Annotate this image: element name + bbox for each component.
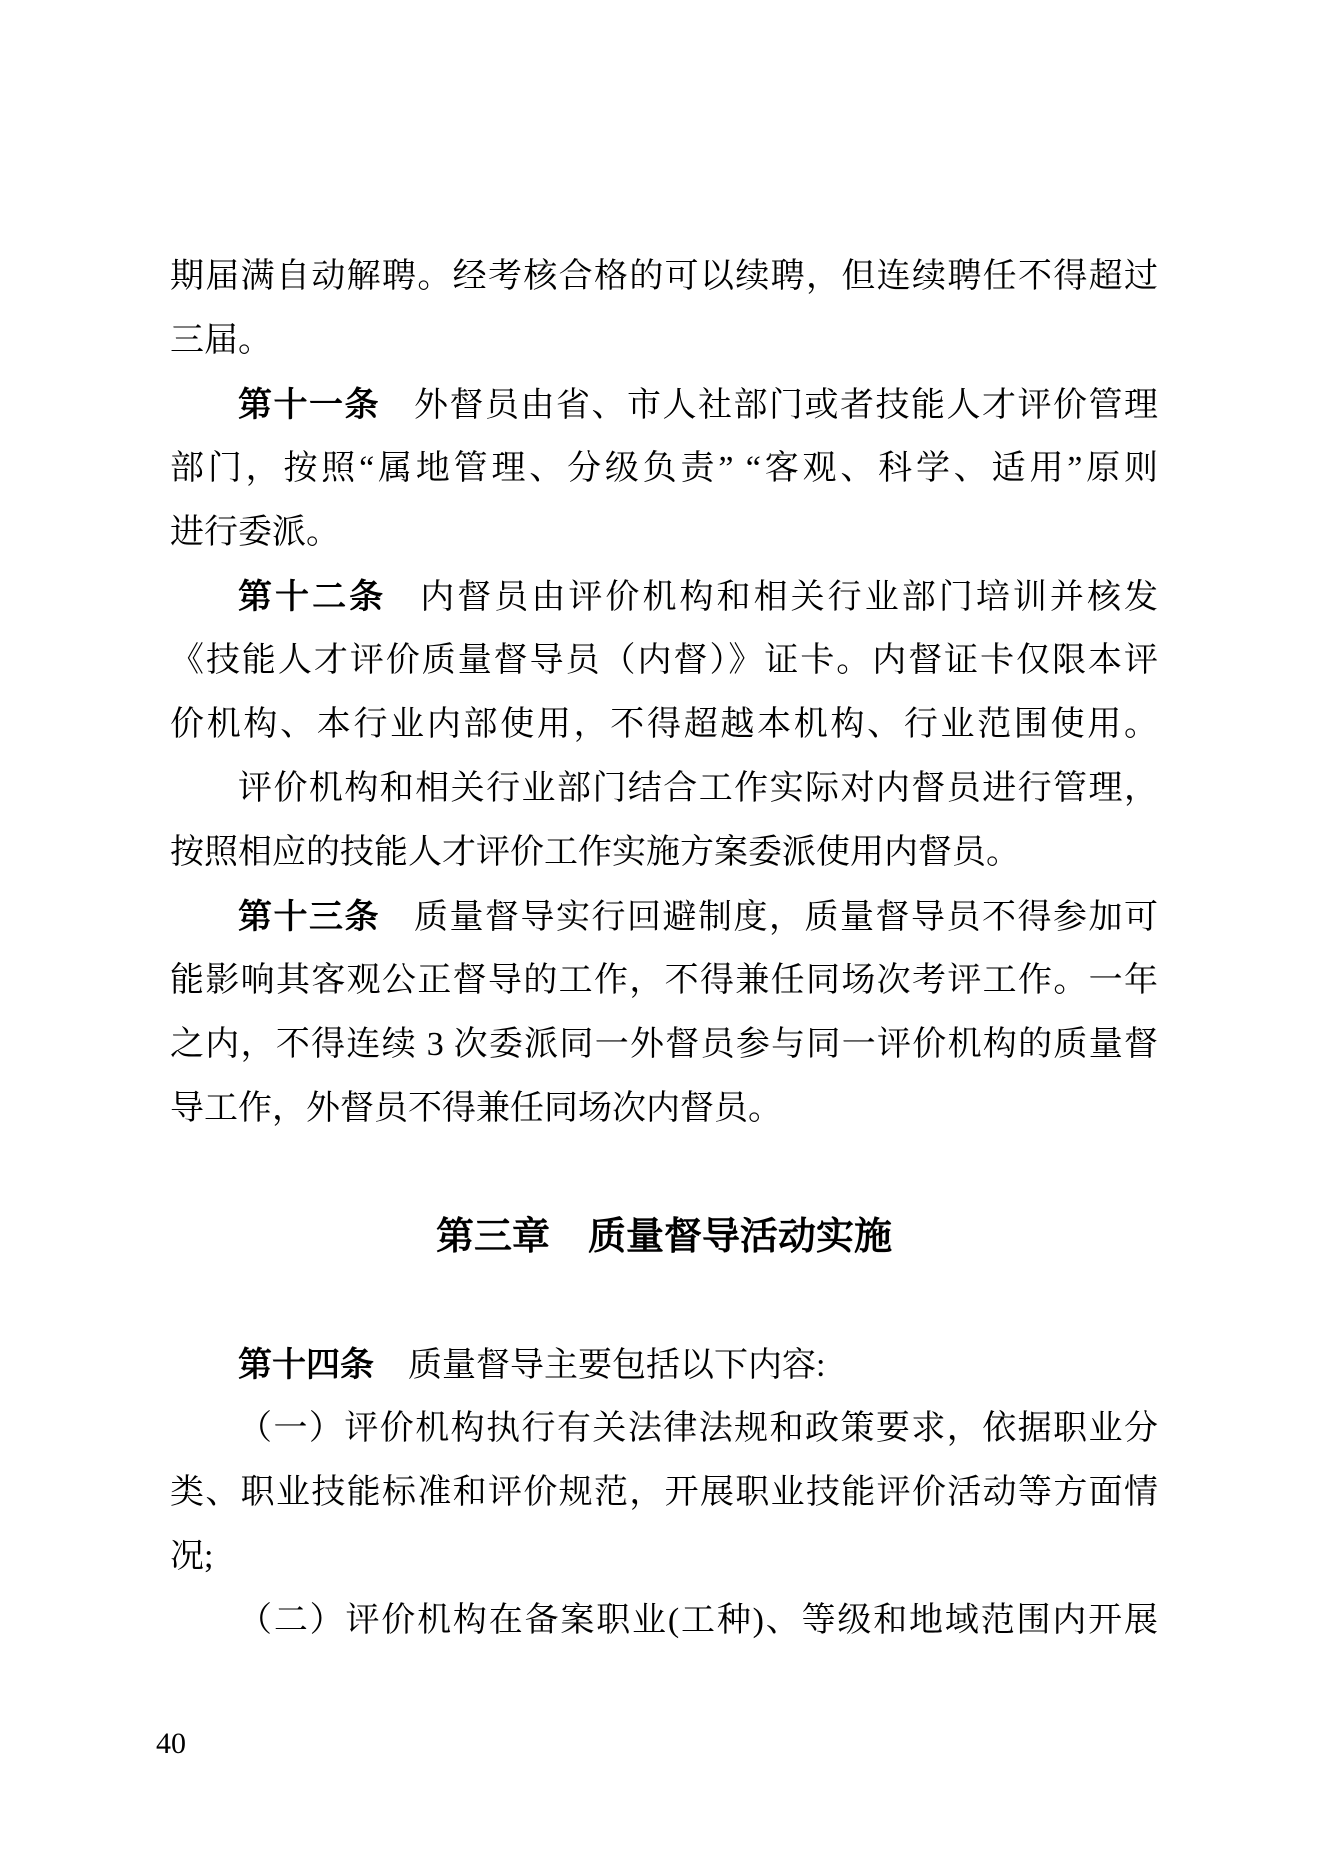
text-line: 能影响其客观公正督导的工作，不得兼任同场次考评工作。一年 xyxy=(170,949,1158,1013)
article-text: 质量督导实行回避制度，质量督导员不得参加可 xyxy=(414,899,1158,936)
text-line: 期届满自动解聘。经考核合格的可以续聘，但连续聘任不得超过 xyxy=(170,245,1158,309)
article-number: 第十一条 xyxy=(238,386,380,424)
chapter-number: 第三章 xyxy=(436,1216,550,1258)
page-number: 40 xyxy=(156,1726,186,1762)
chapter-title: 质量督导活动实施 xyxy=(588,1216,892,1258)
text-line: 第十三条质量督导实行回避制度，质量督导员不得参加可 xyxy=(170,885,1158,949)
article-number: 第十二条 xyxy=(238,578,386,616)
text-line: 《技能人才评价质量督导员（内督）》证卡。内督证卡仅限本评 xyxy=(170,629,1158,693)
article-text: 外督员由省、市人社部门或者技能人才评价管理 xyxy=(414,387,1158,424)
article-text: 内督员由评价机构和相关行业部门培训并核发 xyxy=(420,579,1158,616)
document-page: 期届满自动解聘。经考核合格的可以续聘，但连续聘任不得超过 三届。 第十一条外督员… xyxy=(0,0,1323,1871)
text-line: 第十四条质量督导主要包括以下内容: xyxy=(170,1333,1158,1397)
document-body: 期届满自动解聘。经考核合格的可以续聘，但连续聘任不得超过 三届。 第十一条外督员… xyxy=(170,245,1158,1653)
text-line: 进行委派。 xyxy=(170,501,1158,565)
text-line: 三届。 xyxy=(170,309,1158,373)
chapter-heading: 第三章质量督导活动实施 xyxy=(170,1205,1158,1269)
blank-line xyxy=(170,1141,1158,1205)
text-line: 价机构、本行业内部使用，不得超越本机构、行业范围使用。 xyxy=(170,693,1158,757)
text-line: 况; xyxy=(170,1525,1158,1589)
text-line: 部门，按照“属地管理、分级负责” “客观、科学、适用”原则 xyxy=(170,437,1158,501)
text-line: 类、职业技能标准和评价规范，开展职业技能评价活动等方面情 xyxy=(170,1461,1158,1525)
article-text: 质量督导主要包括以下内容: xyxy=(408,1347,825,1384)
text-line: （二）评价机构在备案职业(工种)、等级和地域范围内开展 xyxy=(170,1589,1158,1653)
article-number: 第十三条 xyxy=(238,898,380,936)
text-line: 评价机构和相关行业部门结合工作实际对内督员进行管理， xyxy=(170,757,1158,821)
text-line: 之内，不得连续 3 次委派同一外督员参与同一评价机构的质量督 xyxy=(170,1013,1158,1077)
text-line: 第十一条外督员由省、市人社部门或者技能人才评价管理 xyxy=(170,373,1158,437)
text-line: 导工作，外督员不得兼任同场次内督员。 xyxy=(170,1077,1158,1141)
text-line: 按照相应的技能人才评价工作实施方案委派使用内督员。 xyxy=(170,821,1158,885)
article-number: 第十四条 xyxy=(238,1346,374,1384)
text-line: （一）评价机构执行有关法律法规和政策要求，依据职业分 xyxy=(170,1397,1158,1461)
blank-line xyxy=(170,1269,1158,1333)
text-line: 第十二条内督员由评价机构和相关行业部门培训并核发 xyxy=(170,565,1158,629)
